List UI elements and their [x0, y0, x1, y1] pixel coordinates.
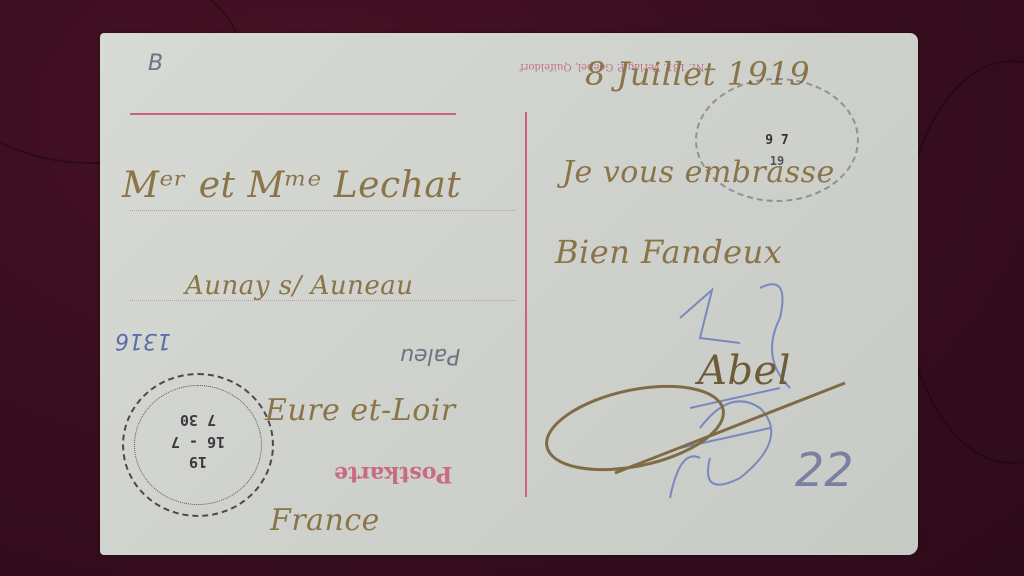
postmark-line: 9 7	[697, 132, 857, 150]
top-red-rule	[130, 113, 456, 115]
postmark-left: 19 16 - 7 7 30	[122, 373, 274, 517]
message-line-2: Bien Fandeux	[555, 233, 782, 271]
address-line-4: France	[270, 503, 380, 538]
pencil-note-left: 1316	[115, 328, 171, 353]
center-divider	[525, 112, 527, 497]
background-texture	[900, 60, 1024, 464]
pencil-mark-b: B	[148, 51, 163, 76]
address-line-3: Eure et-Loir	[265, 393, 456, 428]
message-line-1: Je vous embrasse	[562, 155, 835, 190]
address-line-1: Mᵉʳ et Mᵐᵉ Lechat	[122, 165, 461, 206]
pencil-note-middle: Paleu	[400, 343, 460, 368]
postcard: B Nr. 131. Verlag P. Goepel, Quifeldorf …	[100, 33, 918, 555]
address-line-rule	[130, 210, 515, 211]
pencil-note-bottom-right: 22	[795, 443, 854, 497]
signature: Abel	[698, 348, 791, 394]
postmark-line: 7 30	[124, 411, 272, 429]
postkarte-label: Postkarte	[334, 461, 452, 487]
postmark-line: 16 - 7	[124, 433, 272, 451]
address-line-2: Aunay s/ Auneau	[185, 271, 414, 301]
postmark-line: 19	[124, 453, 272, 471]
